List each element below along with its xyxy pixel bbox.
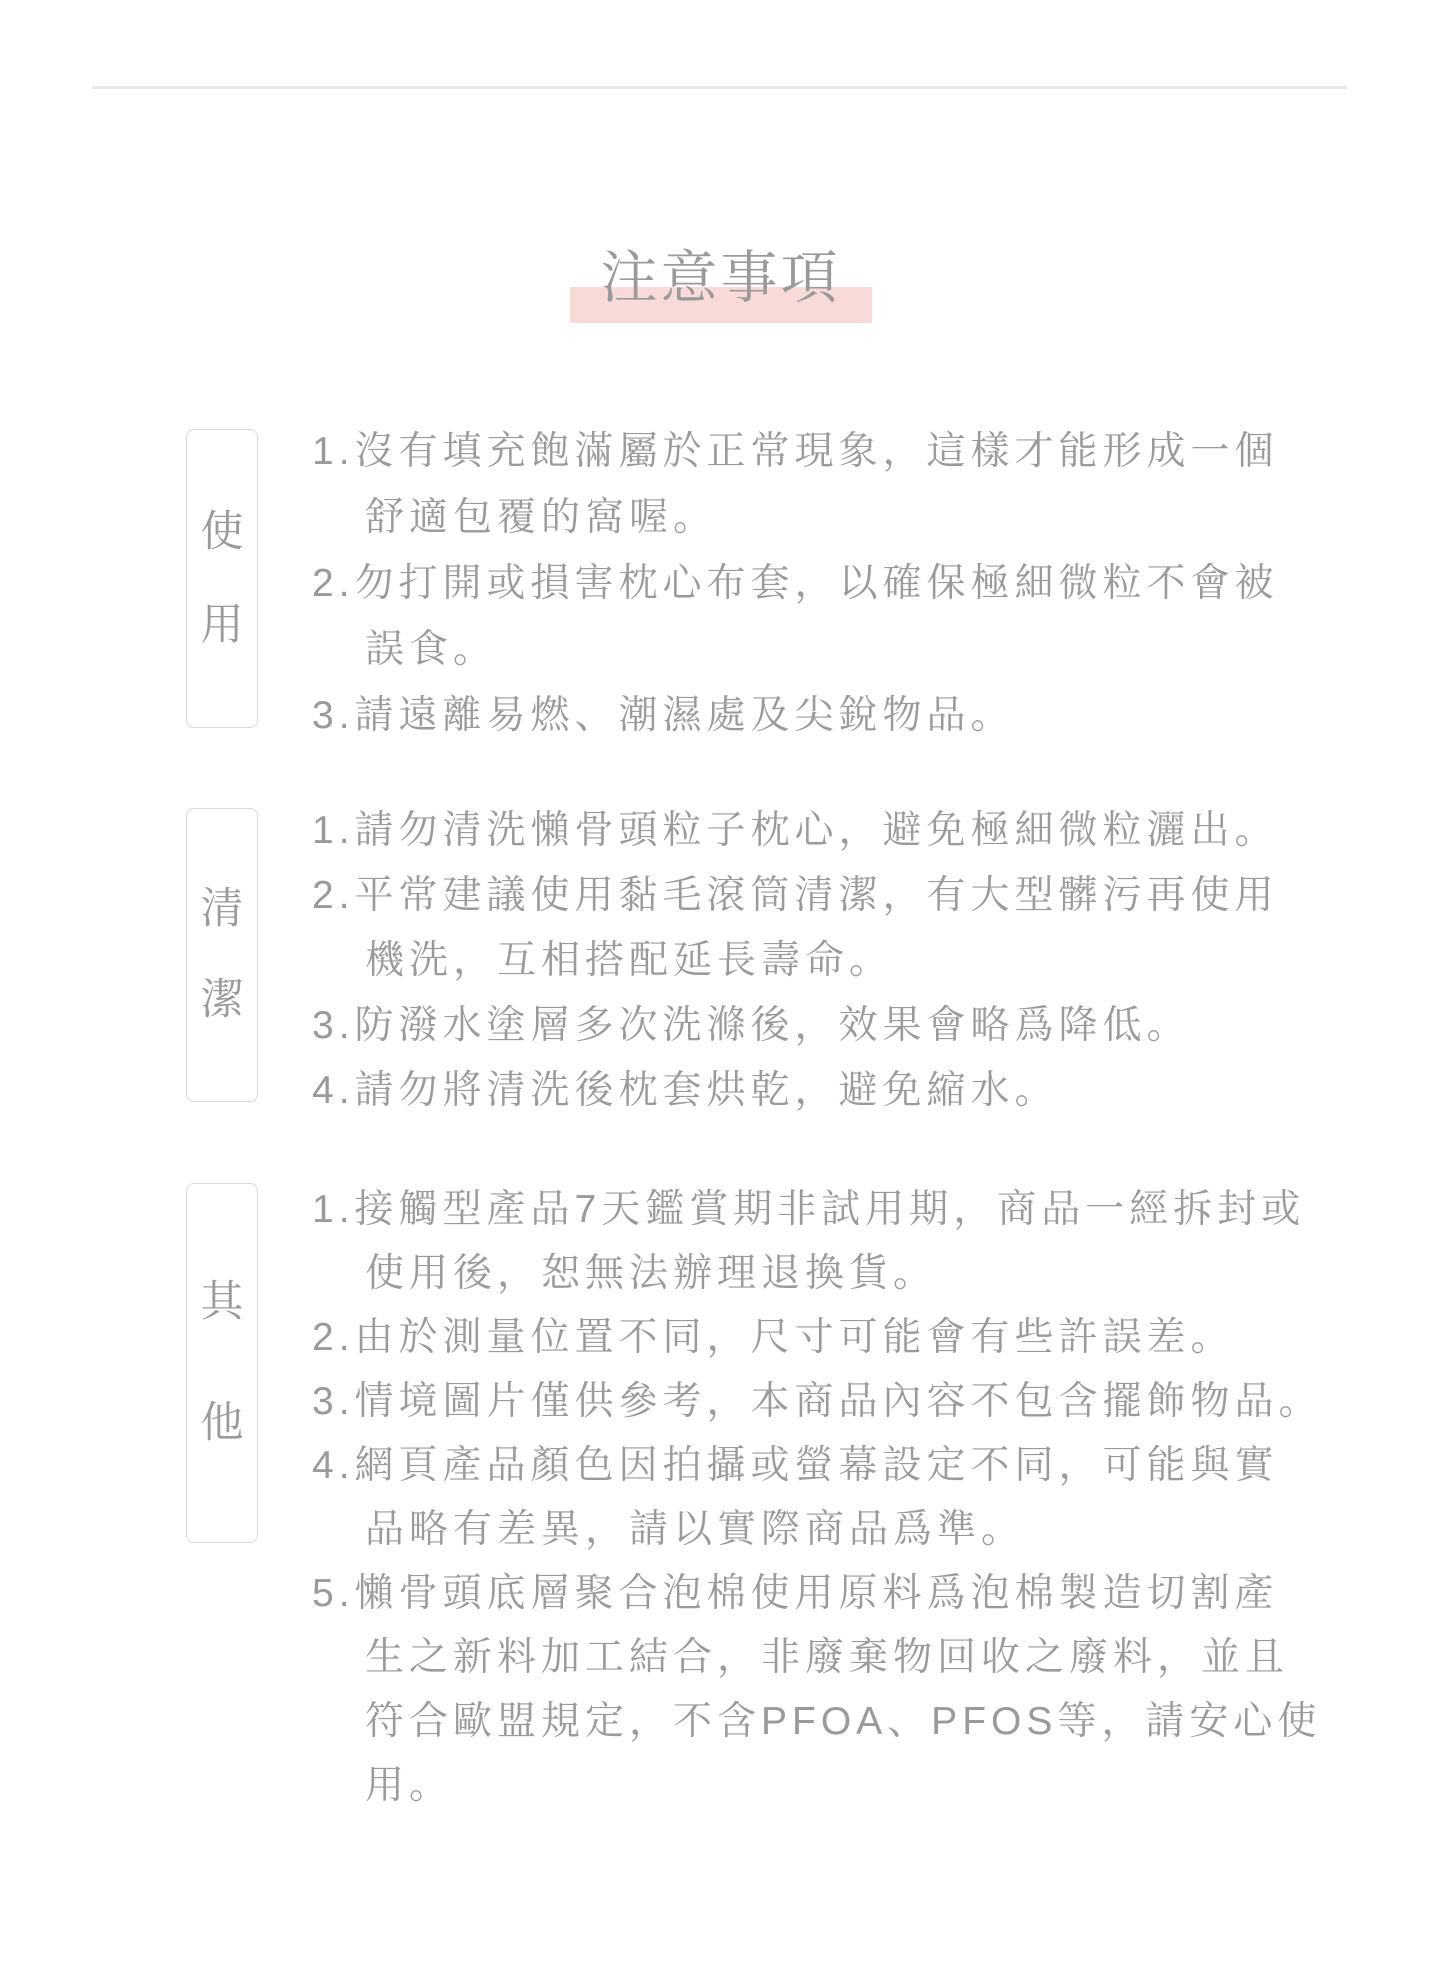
notice-item: 2.勿打開或損害枕心布套，以確保極細微粒不會被誤食。 [312,551,1279,683]
notice-line: 3.請遠離易燃、潮濕處及尖銳物品。 [312,683,1279,749]
section-label-char: 他 [201,1402,244,1445]
notice-line: 用。 [312,1754,1323,1818]
notice-line: 3.防潑水塗層多次洗滌後，效果會略爲降低。 [312,993,1279,1058]
section-label-box: 清潔 [186,808,258,1102]
section-label-char: 其 [201,1281,244,1324]
section-items: 1.接觸型產品7天鑑賞期非試用期，商品一經拆封或使用後，恕無法辦理退換貨。2.由… [312,1178,1323,1818]
notice-item: 1.接觸型產品7天鑑賞期非試用期，商品一經拆封或使用後，恕無法辦理退換貨。 [312,1178,1323,1306]
notice-line: 符合歐盟規定，不含PFOA、PFOS等，請安心使 [312,1690,1323,1754]
notice-line: 5.懶骨頭底層聚合泡棉使用原料爲泡棉製造切割產 [312,1562,1323,1626]
notice-line: 使用後，恕無法辦理退換貨。 [312,1242,1323,1306]
notice-section: 使用 1.沒有填充飽滿屬於正常現象，這樣才能形成一個舒適包覆的窩喔。2.勿打開或… [186,419,1279,749]
notice-section: 其他 1.接觸型產品7天鑑賞期非試用期，商品一經拆封或使用後，恕無法辦理退換貨。… [186,1178,1323,1818]
section-items: 1.請勿清洗懶骨頭粒子枕心，避免極細微粒灑出。2.平常建議使用黏毛滾筒清潔，有大… [312,798,1279,1123]
section-label-char: 潔 [201,979,244,1022]
notice-line: 舒適包覆的窩喔。 [312,485,1279,551]
notice-item: 1.請勿清洗懶骨頭粒子枕心，避免極細微粒灑出。 [312,798,1279,863]
notice-item: 5.懶骨頭底層聚合泡棉使用原料爲泡棉製造切割產生之新料加工結合，非廢棄物回收之廢… [312,1562,1323,1818]
notice-line: 2.由於測量位置不同，尺寸可能會有些許誤差。 [312,1306,1323,1370]
notice-item: 4.請勿將清洗後枕套烘乾，避免縮水。 [312,1058,1279,1123]
notice-item: 3.請遠離易燃、潮濕處及尖銳物品。 [312,683,1279,749]
title-inner: 注意事項 [601,240,841,316]
notice-item: 1.沒有填充飽滿屬於正常現象，這樣才能形成一個舒適包覆的窩喔。 [312,419,1279,551]
notice-line: 誤食。 [312,617,1279,683]
notice-line: 1.請勿清洗懶骨頭粒子枕心，避免極細微粒灑出。 [312,798,1279,863]
notice-item: 3.情境圖片僅供參考，本商品內容不包含擺飾物品。 [312,1370,1323,1434]
notice-item: 2.由於測量位置不同，尺寸可能會有些許誤差。 [312,1306,1323,1370]
notice-line: 生之新料加工結合，非廢棄物回收之廢料，並且 [312,1626,1323,1690]
notice-line: 機洗，互相搭配延長壽命。 [312,928,1279,993]
section-label-char: 清 [201,888,244,931]
section-label-char: 用 [201,604,244,647]
notice-line: 2.平常建議使用黏毛滾筒清潔，有大型髒污再使用 [312,863,1279,928]
title-block: 注意事項 [0,240,1441,316]
notice-item: 4.網頁產品顏色因拍攝或螢幕設定不同，可能與實品略有差異，請以實際商品爲準。 [312,1434,1323,1562]
notice-line: 品略有差異，請以實際商品爲準。 [312,1498,1323,1562]
notice-line: 4.網頁產品顏色因拍攝或螢幕設定不同，可能與實 [312,1434,1323,1498]
section-label-box: 其他 [186,1183,258,1543]
page-title: 注意事項 [601,240,841,316]
notice-item: 3.防潑水塗層多次洗滌後，效果會略爲降低。 [312,993,1279,1058]
section-label-char: 使 [201,511,244,554]
notice-item: 2.平常建議使用黏毛滾筒清潔，有大型髒污再使用機洗，互相搭配延長壽命。 [312,863,1279,993]
notice-section: 清潔 1.請勿清洗懶骨頭粒子枕心，避免極細微粒灑出。2.平常建議使用黏毛滾筒清潔… [186,798,1279,1123]
notice-line: 4.請勿將清洗後枕套烘乾，避免縮水。 [312,1058,1279,1123]
notice-line: 2.勿打開或損害枕心布套，以確保極細微粒不會被 [312,551,1279,617]
notice-line: 3.情境圖片僅供參考，本商品內容不包含擺飾物品。 [312,1370,1323,1434]
page: { "title": "注意事項", "colors": { "text": "… [0,0,1441,1963]
top-divider [92,86,1347,89]
notice-line: 1.沒有填充飽滿屬於正常現象，這樣才能形成一個 [312,419,1279,485]
section-items: 1.沒有填充飽滿屬於正常現象，這樣才能形成一個舒適包覆的窩喔。2.勿打開或損害枕… [312,419,1279,749]
section-label-box: 使用 [186,429,258,728]
notice-line: 1.接觸型產品7天鑑賞期非試用期，商品一經拆封或 [312,1178,1323,1242]
